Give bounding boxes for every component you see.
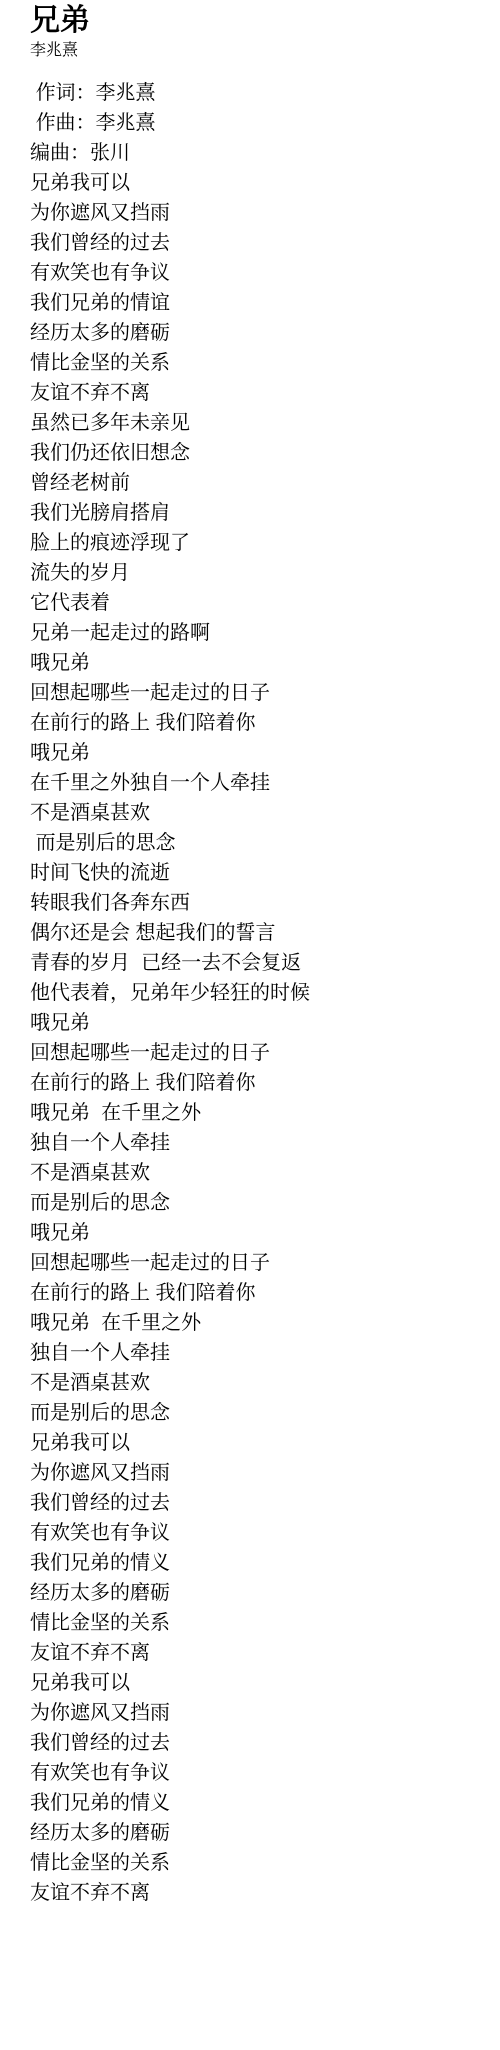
lyric-line: 友谊不弃不离	[30, 1638, 480, 1668]
lyric-line: 经历太多的磨砺	[30, 318, 480, 348]
lyric-line: 我们仍还依旧想念	[30, 438, 480, 468]
lyric-line: 情比金坚的关系	[30, 348, 480, 378]
lyric-line: 而是别后的思念	[30, 1398, 480, 1428]
lyric-line: 我们兄弟的情义	[30, 1788, 480, 1818]
lyric-line: 而是别后的思念	[30, 1188, 480, 1218]
lyric-line: 作词：李兆熹	[30, 78, 480, 108]
lyric-line: 虽然已多年未亲见	[30, 408, 480, 438]
lyric-line: 情比金坚的关系	[30, 1848, 480, 1878]
lyric-line: 为你遮风又挡雨	[30, 1458, 480, 1488]
lyric-line: 脸上的痕迹浮现了	[30, 528, 480, 558]
lyric-line: 兄弟一起走过的路啊	[30, 618, 480, 648]
lyric-line: 在前行的路上 我们陪着你	[30, 1278, 480, 1308]
artist-name: 李兆熹	[30, 40, 480, 62]
lyric-line: 情比金坚的关系	[30, 1608, 480, 1638]
lyric-line: 不是酒桌甚欢	[30, 1158, 480, 1188]
lyric-line: 经历太多的磨砺	[30, 1818, 480, 1848]
lyric-line: 友谊不弃不离	[30, 378, 480, 408]
lyric-line: 转眼我们各奔东西	[30, 888, 480, 918]
lyric-line: 我们曾经的过去	[30, 1488, 480, 1518]
lyric-line: 哦兄弟	[30, 1218, 480, 1248]
lyric-line: 哦兄弟	[30, 648, 480, 678]
lyric-line: 有欢笑也有争议	[30, 1758, 480, 1788]
lyric-line: 而是别后的思念	[30, 828, 480, 858]
lyric-line: 不是酒桌甚欢	[30, 798, 480, 828]
lyric-line: 哦兄弟 在千里之外	[30, 1308, 480, 1338]
lyric-line: 友谊不弃不离	[30, 1878, 480, 1908]
song-title: 兄弟	[30, 2, 480, 40]
lyric-line: 哦兄弟 在千里之外	[30, 1098, 480, 1128]
lyric-line: 编曲：张川	[30, 138, 480, 168]
lyric-line: 经历太多的磨砺	[30, 1578, 480, 1608]
lyric-line: 它代表着	[30, 588, 480, 618]
lyric-line: 他代表着，兄弟年少轻狂的时候	[30, 978, 480, 1008]
lyric-line: 在前行的路上 我们陪着你	[30, 708, 480, 738]
lyric-line: 作曲：李兆熹	[30, 108, 480, 138]
lyric-line: 我们曾经的过去	[30, 228, 480, 258]
lyric-line: 我们曾经的过去	[30, 1728, 480, 1758]
lyric-line: 我们兄弟的情义	[30, 1548, 480, 1578]
lyric-line: 我们兄弟的情谊	[30, 288, 480, 318]
lyric-line: 回想起哪些一起走过的日子	[30, 1038, 480, 1068]
lyric-line: 曾经老树前	[30, 468, 480, 498]
lyric-line: 回想起哪些一起走过的日子	[30, 678, 480, 708]
lyric-line: 兄弟我可以	[30, 1668, 480, 1698]
lyric-line: 兄弟我可以	[30, 1428, 480, 1458]
lyric-line: 为你遮风又挡雨	[30, 198, 480, 228]
lyric-line: 独自一个人牵挂	[30, 1128, 480, 1158]
lyric-line: 不是酒桌甚欢	[30, 1368, 480, 1398]
lyric-line: 在前行的路上 我们陪着你	[30, 1068, 480, 1098]
lyric-line: 兄弟我可以	[30, 168, 480, 198]
lyric-line: 青春的岁月 已经一去不会复返	[30, 948, 480, 978]
lyric-line: 流失的岁月	[30, 558, 480, 588]
lyric-line: 有欢笑也有争议	[30, 1518, 480, 1548]
lyric-line: 偶尔还是会 想起我们的誓言	[30, 918, 480, 948]
lyric-line: 为你遮风又挡雨	[30, 1698, 480, 1728]
lyric-line: 我们光膀肩搭肩	[30, 498, 480, 528]
lyric-line: 回想起哪些一起走过的日子	[30, 1248, 480, 1278]
lyric-line: 在千里之外独自一个人牵挂	[30, 768, 480, 798]
lyric-line: 哦兄弟	[30, 738, 480, 768]
lyric-line: 独自一个人牵挂	[30, 1338, 480, 1368]
lyrics-block: 作词：李兆熹 作曲：李兆熹编曲：张川兄弟我可以为你遮风又挡雨我们曾经的过去有欢笑…	[30, 78, 480, 1908]
lyric-line: 有欢笑也有争议	[30, 258, 480, 288]
lyric-line: 时间飞快的流逝	[30, 858, 480, 888]
lyric-line: 哦兄弟	[30, 1008, 480, 1038]
